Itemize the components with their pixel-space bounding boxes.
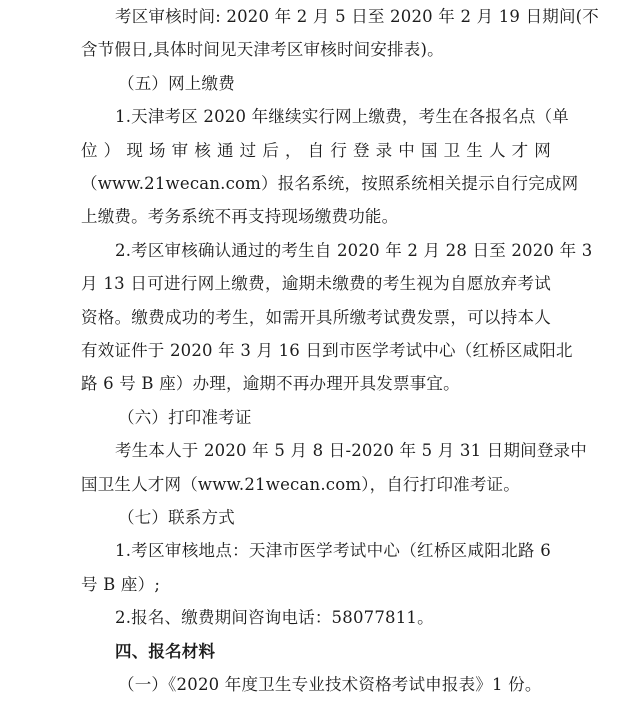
- text-line: 1.天津考区 2020 年继续实行网上缴费，考生在各报名点（单: [115, 100, 551, 133]
- text-line: 2.考区审核确认通过的考生自 2020 年 2 月 28 日至 2020 年 3: [115, 234, 551, 267]
- text-line: 1.考区审核地点：天津市医学考试中心（红桥区咸阳北路 6: [115, 534, 551, 567]
- text-line: （一）《2020 年度卫生专业技术资格考试申报表》1 份。: [118, 668, 588, 701]
- text-line: （www.21wecan.com）报名系统，按照系统相关提示自行完成网: [81, 167, 551, 200]
- section-heading: （七）联系方式: [118, 501, 588, 534]
- text-line: 国卫生人才网（www.21wecan.com），自行打印准考证。: [81, 468, 551, 501]
- section-heading: （五）网上缴费: [118, 67, 588, 100]
- text-line: 月 13 日可进行网上缴费，逾期未缴费的考生视为自愿放弃考试: [81, 267, 551, 300]
- text-line: 位）现场审核通过后，自行登录中国卫生人才网: [81, 134, 551, 167]
- text-line: 考生本人于 2020 年 5 月 8 日-2020 年 5 月 31 日期间登录…: [115, 434, 551, 467]
- text-line: 2.报名、缴费期间咨询电话：58077811。: [115, 601, 551, 634]
- text-line: 资格。缴费成功的考生，如需开具所缴考试费发票，可以持本人: [81, 301, 551, 334]
- document-page: 考区审核时间: 2020 年 2 月 5 日至 2020 年 2 月 19 日期…: [0, 0, 623, 710]
- text-line: 考区审核时间: 2020 年 2 月 5 日至 2020 年 2 月 19 日期…: [115, 0, 551, 33]
- text-line: 有效证件于 2020 年 3 月 16 日到市医学考试中心（红桥区咸阳北: [81, 334, 551, 367]
- section-heading: （六）打印准考证: [118, 401, 588, 434]
- text-line: 含节假日,具体时间见天津考区审核时间安排表)。: [81, 33, 551, 66]
- text-line: 号 B 座）;: [81, 568, 551, 601]
- chapter-heading: 四、报名材料: [115, 635, 551, 668]
- text-line: 路 6 号 B 座）办理，逾期不再办理开具发票事宜。: [81, 367, 551, 400]
- text-line: 上缴费。考务系统不再支持现场缴费功能。: [81, 200, 551, 233]
